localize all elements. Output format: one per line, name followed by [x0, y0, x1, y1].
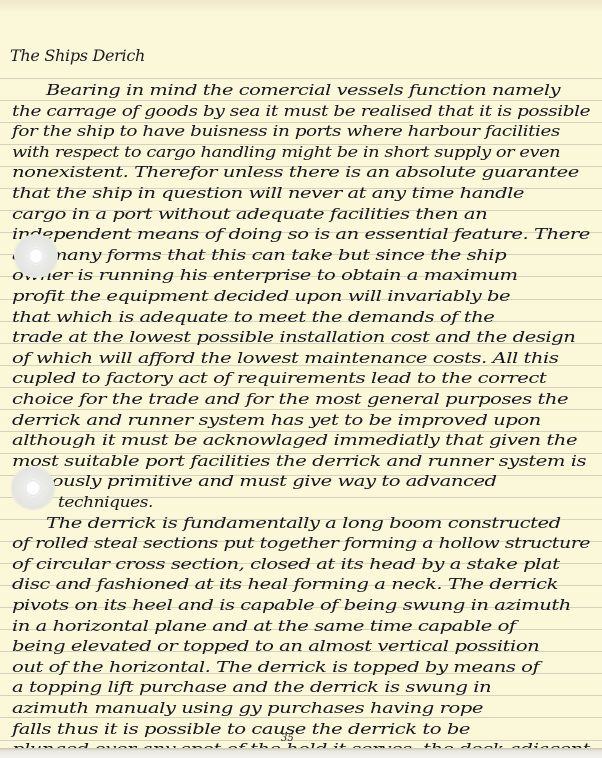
text-line: most suitable port facilities the derric…	[12, 454, 586, 470]
text-line: in a horizontal plane and at the same ti…	[12, 619, 516, 635]
text-line: pivots on its heel and is capable of bei…	[12, 598, 571, 614]
page-number: 35	[281, 733, 294, 744]
text-line: of rolled steal sections put together fo…	[12, 536, 590, 552]
ruled-line	[0, 717, 602, 718]
text-line: azimuth manualy using gy purchases havin…	[12, 701, 483, 717]
text-line: that which is adequate to meet the deman…	[12, 310, 494, 326]
notebook-page: The Ships Derich Bearing in mind the com…	[0, 0, 602, 750]
text-line: of circular cross section, closed at its…	[12, 557, 560, 573]
text-line: are many forms that this can take but si…	[12, 248, 506, 264]
text-line: profit the equipment decided upon will i…	[12, 289, 510, 305]
text-line: techniques.	[58, 495, 153, 511]
ruled-line	[0, 122, 602, 123]
ruled-line	[0, 431, 602, 432]
ruled-line	[0, 100, 602, 101]
text-line: trade at the lowest possible installatio…	[12, 330, 575, 346]
ruled-line	[0, 740, 602, 741]
page-edge	[0, 748, 602, 758]
text-line: disc and fashioned at its heal forming a…	[12, 577, 558, 593]
text-line: falls thus it is possible to cause the d…	[12, 722, 470, 738]
ruled-line	[0, 78, 602, 79]
text-line: being elevated or topped to an almost ve…	[12, 639, 539, 655]
text-line: nonexistent. Therefor unless there is an…	[12, 165, 579, 181]
text-line: although it must be acknowlaged immediat…	[12, 433, 577, 449]
text-line: obviously primitive and must give way to…	[12, 474, 497, 490]
ruled-line	[0, 409, 602, 410]
text-line: that the ship in question will never at …	[12, 186, 524, 202]
text-line: choice for the trade and for the most ge…	[12, 392, 568, 408]
text-line: a topping lift purchase and the derrick …	[12, 680, 491, 696]
page-title: The Ships Derich	[10, 46, 145, 65]
punch-hole-top	[14, 234, 58, 278]
text-line: cupled to factory act of requirements le…	[12, 371, 546, 387]
text-line: the carrage of goods by sea it must be r…	[12, 104, 590, 120]
text-line: out of the horizontal. The derrick is to…	[12, 660, 539, 676]
ruled-line	[0, 387, 602, 388]
punch-hole-bottom	[11, 466, 55, 510]
text-line: Bearing in mind the comercial vessels fu…	[46, 83, 560, 99]
text-line: of which will afford the lowest maintena…	[12, 351, 558, 367]
text-line: for the ship to have buisness in ports w…	[12, 124, 560, 140]
text-line: independent means of doing so is an esse…	[12, 227, 590, 243]
text-line: The derrick is fundamentally a long boom…	[46, 516, 561, 532]
text-line: owner is running his enterprise to obtai…	[12, 268, 518, 284]
text-line: with respect to cargo handling might be …	[12, 145, 560, 161]
text-line: derrick and runner system has yet to be …	[12, 413, 541, 429]
text-line: cargo in a port without adequate facilit…	[12, 207, 487, 223]
